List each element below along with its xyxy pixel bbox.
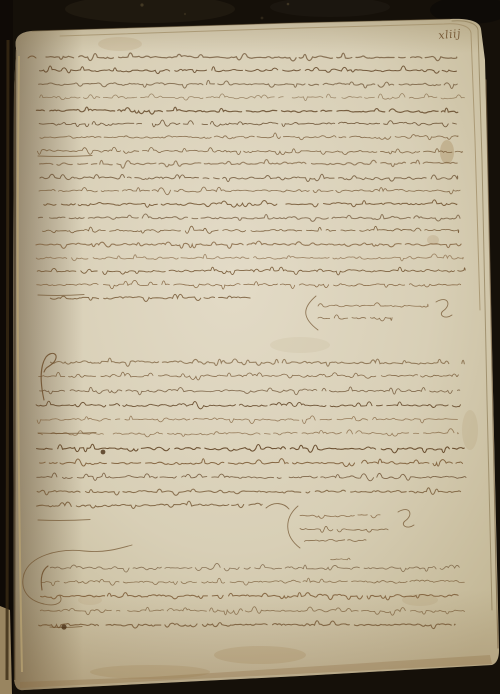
- page: [13, 19, 499, 690]
- paper-stain: [270, 337, 330, 353]
- ink-blot: [101, 450, 106, 455]
- manuscript-canvas: xliij: [0, 0, 500, 694]
- gutter-shadow-line: [14, 50, 15, 680]
- paper-stain: [462, 410, 478, 450]
- paper-stain: [98, 37, 142, 51]
- paper-stain: [214, 646, 306, 664]
- gutter-crease: [7, 40, 8, 680]
- paper-stain: [90, 665, 210, 679]
- ink-blot: [61, 624, 66, 629]
- manuscript-photo: xliij: [0, 0, 500, 694]
- folio-number: xliij: [438, 27, 462, 42]
